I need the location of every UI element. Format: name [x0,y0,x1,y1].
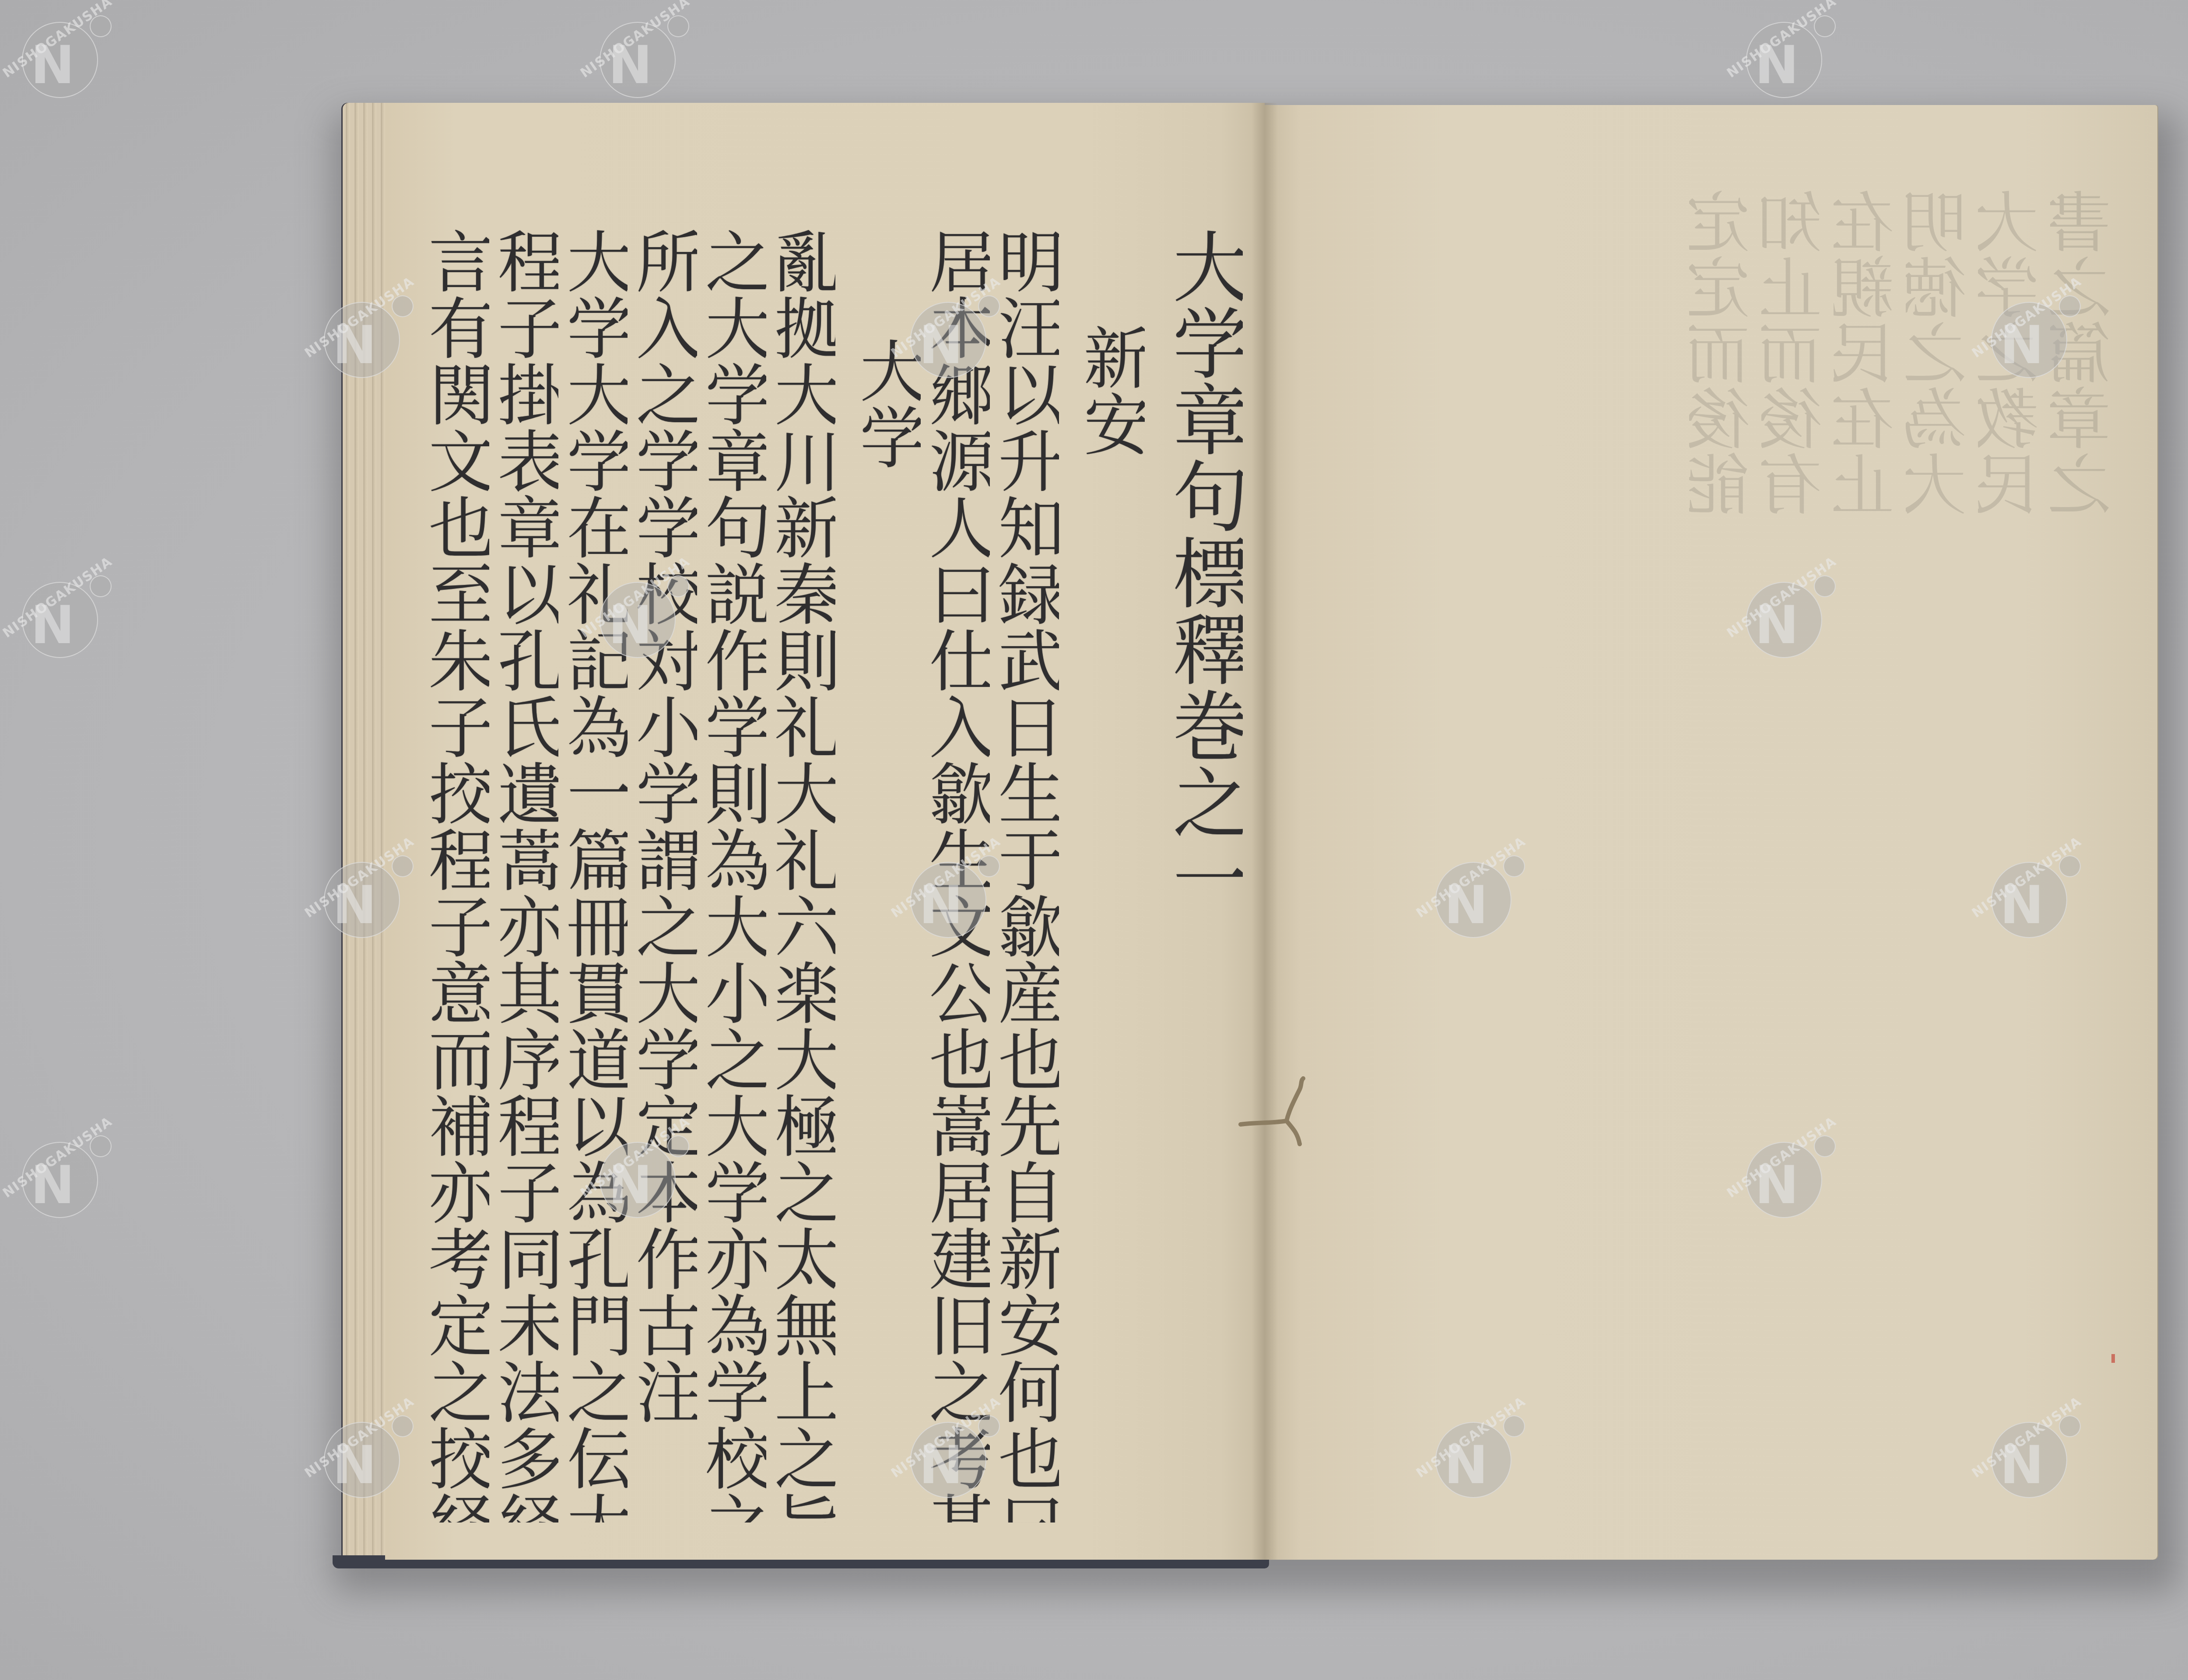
author-origin: 新安 [1059,227,1144,1522]
watermark-logo: NNISHOGAKUSHA [1974,840,2074,941]
watermark-logo: NNISHOGAKUSHA [1418,1400,1518,1501]
bleed-column: 在親民在止 [1834,188,1906,1457]
watermark-logo: NNISHOGAKUSHA [4,0,105,101]
watermark-logo: NNISHOGAKUSHA [4,560,105,661]
bleed-column: 知止而後有 [1761,188,1834,1457]
watermark-logo: NNISHOGAKUSHA [306,1400,407,1501]
watermark-logo: NNISHOGAKUSHA [306,840,407,941]
text-column: 亂拠大川新秦則礼大礼六楽大極之太無上之旨也称学問而謂 [766,227,835,1522]
watermark-logo: NNISHOGAKUSHA [306,280,407,381]
text-column: 大学大学在礼記為一篇冊貫道以為孔門之伝大学為経中庸為緯 [558,227,628,1522]
watermark-logo: NNISHOGAKUSHA [582,560,683,661]
watermark-logo: NNISHOGAKUSHA [582,0,683,101]
watermark-logo: NNISHOGAKUSHA [893,280,993,381]
bleed-column: 定定而後能 [1689,188,1761,1457]
watermark-logo: NNISHOGAKUSHA [1729,0,1829,101]
watermark-logo: NNISHOGAKUSHA [893,840,993,941]
watermark-logo: NNISHOGAKUSHA [582,1120,683,1221]
watermark-logo: NNISHOGAKUSHA [1974,280,2074,381]
gutter [1252,103,1278,1560]
watermark-logo: NNISHOGAKUSHA [1729,560,1829,661]
ink-spot [2111,1354,2115,1363]
left-page-text: 大学章句標釋巻之一 新安 明汪以升知録武日生于歙産也先自新安何也曰章有 居本郷源… [420,227,1243,1522]
text-column: 所入之学学校対小学謂之大学定本作古注 [628,227,697,1522]
watermark-logo: NNISHOGAKUSHA [4,1120,105,1221]
watermark-logo: NNISHOGAKUSHA [1729,1120,1829,1221]
paper-damage-mark [1238,1072,1308,1146]
text-column: 之大学章句説作学則為大小之大学亦為学校之名也井学大人 [697,227,766,1522]
volume-title: 大学章句標釋巻之一 [1145,227,1243,1522]
text-column: 明汪以升知録武日生于歙産也先自新安何也曰章有 [990,227,1059,1522]
watermark-logo: NNISHOGAKUSHA [1974,1400,2074,1501]
watermark-logo: NNISHOGAKUSHA [893,1400,993,1501]
watermark-logo: NNISHOGAKUSHA [1418,840,1518,941]
bleed-column: 明徳之為大 [1906,188,1978,1457]
text-column: 程子掛表章以孔氏遺蒿亦其序程子同未法多経傳以求 [489,227,558,1522]
text-column: 言有関文也至朱子挍程子意而補亦考定之挍経一章曾傳十章凡例 [420,227,489,1522]
